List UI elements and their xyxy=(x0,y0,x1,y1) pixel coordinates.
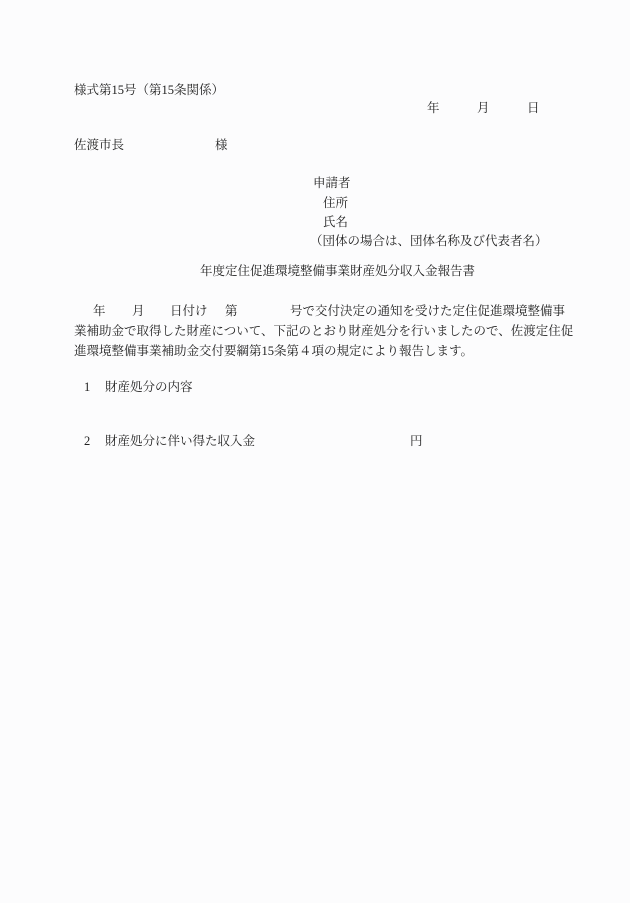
report-form-page: 様式第15号（第15条関係） 年 月 日 佐渡市長 様 申請者 住所 氏名 （団… xyxy=(0,0,630,903)
item1-number: 1 xyxy=(84,380,90,395)
applicant-name-label: 氏名 xyxy=(323,215,348,230)
body-line3: 進環境整備事業補助金交付要綱第15条第４項の規定により報告します。 xyxy=(74,344,473,359)
item2-unit-yen: 円 xyxy=(410,434,423,449)
date-day-label: 日 xyxy=(527,101,540,116)
applicant-group-note: （団体の場合は、団体名称及び代表者名） xyxy=(310,234,548,249)
applicant-label: 申請者 xyxy=(313,176,351,191)
addressee-name: 佐渡市長 xyxy=(74,138,124,153)
body-line1-day-suffix: 日付け xyxy=(170,304,208,319)
form-number: 様式第15号（第15条関係） xyxy=(74,83,224,98)
body-line1-year-label: 年 xyxy=(93,304,106,319)
date-year-label: 年 xyxy=(427,101,440,116)
document-title: 年度定住促進環境整備事業財産処分収入金報告書 xyxy=(200,264,475,279)
item2-label: 財産処分に伴い得た収入金 xyxy=(105,434,255,449)
date-month-label: 月 xyxy=(477,101,490,116)
body-line2: 業補助金で取得した財産について、下記のとおり財産処分を行いましたので、佐渡定住促 xyxy=(74,324,573,339)
item1-label: 財産処分の内容 xyxy=(105,380,193,395)
body-line1-month-label: 月 xyxy=(132,304,145,319)
body-line1-rest: 号で交付決定の通知を受けた定住促進環境整備事 xyxy=(290,304,565,319)
addressee-honorific: 様 xyxy=(215,138,228,153)
item2-number: 2 xyxy=(84,434,90,449)
applicant-address-label: 住所 xyxy=(323,196,348,211)
body-line1-number-prefix: 第 xyxy=(225,304,238,319)
